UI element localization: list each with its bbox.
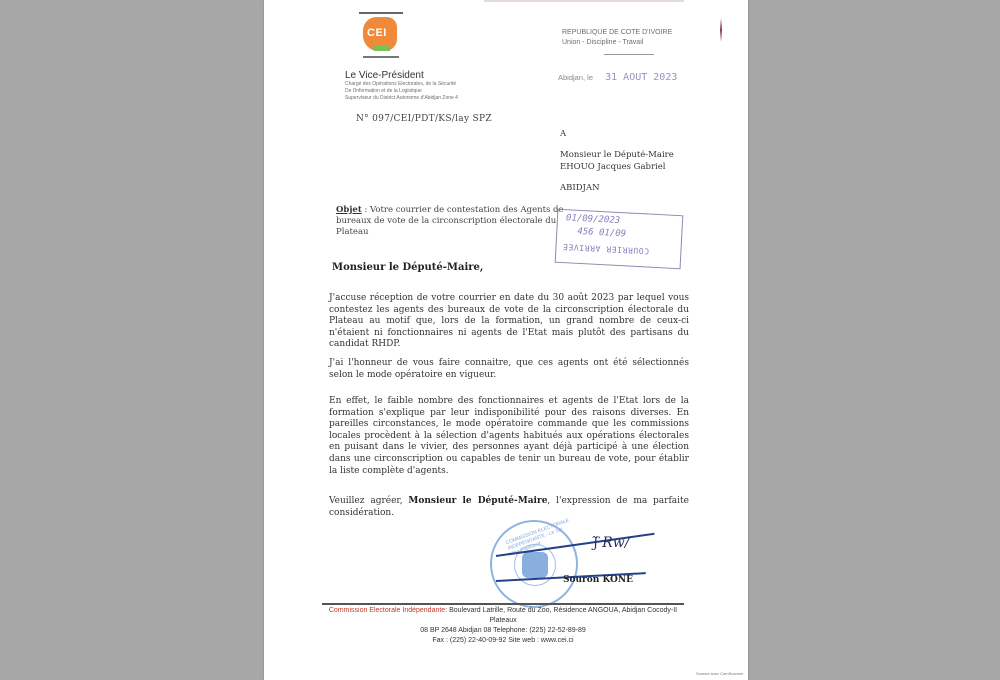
- margin-mark: [720, 18, 722, 42]
- handwritten-date: 31 AOUT 2023: [605, 72, 677, 83]
- sender-lines: Chargé des Opérations Electorales, de la…: [345, 81, 495, 102]
- salutation: Monsieur le Député-Maire,: [332, 262, 483, 273]
- paragraph-2: J'ai l'honneur de vous faire connaitre, …: [329, 358, 689, 381]
- subject-text: : Votre courrier de contestation des Age…: [336, 205, 564, 237]
- cei-logo: CEI: [361, 12, 401, 64]
- received-stamp: 01/09/2023 456 01/09 COURRIER ARRIVEE: [555, 209, 684, 270]
- recipient-name-1: Monsieur le Député-Maire: [560, 150, 674, 160]
- closing-paragraph: Veuillez agréer, Monsieur le Député-Mair…: [329, 496, 689, 519]
- recipient-city: ABIDJAN: [560, 183, 600, 193]
- paragraph-1: J'accuse réception de votre courrier en …: [329, 293, 689, 351]
- recipient-to: A: [560, 129, 566, 139]
- paragraph-3: En effet, le faible nombre des fonctionn…: [329, 396, 689, 477]
- subject: Objet : Votre courrier de contestation d…: [336, 205, 566, 238]
- handwritten-signature: ʃ̃ Rw/: [594, 535, 630, 551]
- date-line: Abidjan, le 31 AOUT 2023: [558, 72, 677, 83]
- official-seal: COMMISSION ELECTORALE INDEPENDANTE - Le …: [490, 520, 578, 608]
- reference-number: N° 097/CEI/PDT/KS/lay SPZ: [356, 114, 492, 124]
- footer: Commission Electorale Indépendante: Boul…: [322, 606, 684, 646]
- letter-page: CEI Le Vice-Président Chargé des Opérati…: [264, 0, 748, 680]
- signatory-name: Souron KONE: [563, 575, 633, 585]
- scan-watermark: Scanné avec CamScanner: [696, 671, 744, 676]
- republic-header: REPUBLIQUE DE COTE D'IVOIRE Union - Disc…: [562, 28, 672, 55]
- header-rule: [604, 54, 654, 55]
- sender-title: Le Vice-Président: [345, 70, 424, 81]
- footer-rule: [322, 603, 684, 605]
- coat-of-arms-icon: [522, 552, 548, 578]
- subject-label: Objet: [336, 205, 362, 215]
- recipient-name-2: EHOUO Jacques Gabriel: [560, 162, 666, 172]
- fold-mark: [484, 0, 684, 2]
